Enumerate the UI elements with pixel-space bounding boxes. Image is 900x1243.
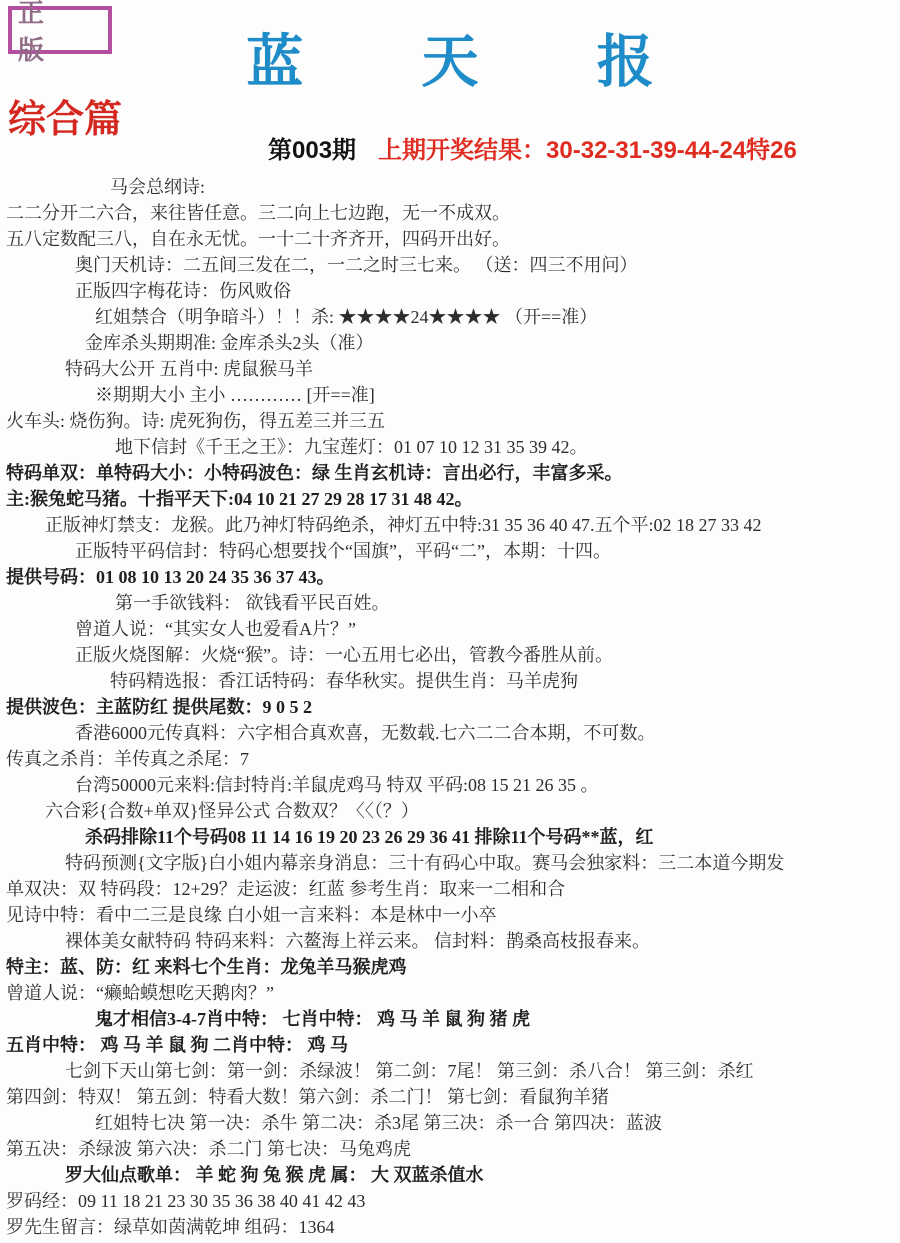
doc-line: 单双决：双 特码段：12+29？走运波：红蓝 参考生肖：取来一二相和合 — [0, 876, 900, 902]
doc-line: 鬼才相信3-4-7肖中特： 七肖中特： 鸡 马 羊 鼠 狗 猪 虎 — [0, 1006, 900, 1032]
doc-line: 见诗中特：看中二三是良缘 白小姐一言来料：本是林中一小卒 — [0, 902, 900, 928]
doc-line: 红姐禁合（明争暗斗）！！杀: ★★★★24★★★★ （开==准） — [0, 304, 900, 330]
doc-line: 特码预测{文字版}白小姐内幕亲身消息：三十有码心中取。赛马会独家料：三二本道今期… — [0, 850, 900, 876]
doc-line: 第一手欲钱料： 欲钱看平民百姓。 — [0, 590, 900, 616]
doc-line: 曾道人说：“癞蛤蟆想吃天鹅肉？” — [0, 980, 900, 1006]
doc-line: 马会总纲诗: — [0, 174, 900, 200]
doc-line: 特码精选报：香江话特码：春华秋实。提供生肖：马羊虎狗 — [0, 668, 900, 694]
doc-line: 正版神灯禁支：龙猴。此乃神灯特码绝杀，神灯五中特:31 35 36 40 47.… — [0, 512, 900, 538]
doc-line: 火车头: 烧伤狗。诗: 虎死狗伤，得五差三并三五 — [0, 408, 900, 434]
issue-row: 第003期上期开奖结果：30-32-31-39-44-24特26 — [268, 130, 797, 165]
doc-line: 罗大仙点歌单： 羊 蛇 狗 兔 猴 虎 属： 大 双蓝杀值水 — [0, 1162, 900, 1188]
last-draw-result: 上期开奖结果：30-32-31-39-44-24特26 — [378, 137, 797, 164]
doc-line: 主:猴兔蛇马猪。十指平天下:04 10 21 27 29 28 17 31 48… — [0, 486, 900, 512]
doc-line: 特码大公开 五肖中: 虎鼠猴马羊 — [0, 356, 900, 382]
doc-line: 香港6000元传真料：六字相合真欢喜，无数载.七六二二合本期，不可数。 — [0, 720, 900, 746]
doc-line: 曾道人说：“其实女人也爱看A片？” — [0, 616, 900, 642]
stamp-label: 正 版 — [18, 0, 108, 67]
doc-line: 台湾50000元来料:信封特肖:羊鼠虎鸡马 特双 平码:08 15 21 26 … — [0, 772, 900, 798]
doc-line: 特码单双：单特码大小：小特码波色：绿 生肖玄机诗：言出必行，丰富多采。 — [0, 460, 900, 486]
doc-line: 正版四字梅花诗：伤风败俗 — [0, 278, 900, 304]
doc-line: 红姐特七决 第一决：杀牛 第二决：杀3尾 第三决：杀一合 第四决：蓝波 — [0, 1110, 900, 1136]
doc-line: 地下信封《千王之王》：九宝莲灯：01 07 10 12 31 35 39 42。 — [0, 434, 900, 460]
doc-line: 罗码经：09 11 18 21 23 30 35 36 38 40 41 42 … — [0, 1188, 900, 1214]
doc-line: 罗先生留言：绿草如茵满乾坤 组码：1364 — [0, 1214, 900, 1240]
page-header: 正 版 蓝 天 报 综合篇 第003期上期开奖结果：30-32-31-39-44… — [0, 0, 900, 172]
doc-line: ※期期大小 主小 ………… [开==准] — [0, 382, 900, 408]
doc-line: 正版火烧图解：火烧“猴”。诗：一心五用七必出，管教今番胜从前。 — [0, 642, 900, 668]
doc-line: 五八定数配三八，自在永无忧。一十二十齐齐开，四码开出好。 — [0, 226, 900, 252]
doc-line: 六合彩{合数+单双}怪异公式 合数双？〈〈（？） — [0, 798, 900, 824]
doc-line: 裸体美女献特码 特码来料：六鳌海上祥云来。 信封料：鹊桑高枝报春来。 — [0, 928, 900, 954]
doc-line: 特主：蓝、防：红 来料七个生肖：龙兔羊马猴虎鸡 — [0, 954, 900, 980]
doc-line: 金库杀头期期准: 金库杀头2头（准） — [0, 330, 900, 356]
doc-line: 传真之杀肖：羊传真之杀尾：7 — [0, 746, 900, 772]
doc-line: 第五决：杀绿波 第六决：杀二门 第七决：马兔鸡虎 — [0, 1136, 900, 1162]
section-title: 综合篇 — [8, 88, 122, 143]
doc-line: 正版特平码信封：特码心想要找个“国旗”，平码“二”，本期：十四。 — [0, 538, 900, 564]
doc-line: 二二分开二六合，来往皆任意。三二向上七边跑，无一不成双。 — [0, 200, 900, 226]
doc-line: 七剑下天山第七剑：第一剑：杀绿波！ 第二剑：7尾！ 第三剑：杀八合！ 第三剑：杀… — [0, 1058, 900, 1084]
doc-line: 第四剑：特双！ 第五剑：特看大数！第六剑：杀二门！ 第七剑：看鼠狗羊猪 — [0, 1084, 900, 1110]
authentic-stamp: 正 版 — [8, 6, 112, 54]
document-body: 马会总纲诗: 二二分开二六合，来往皆任意。三二向上七边跑，无一不成双。 五八定数… — [0, 172, 900, 1240]
doc-line: 杀码排除11个号码08 11 14 16 19 20 23 26 29 36 4… — [0, 824, 900, 850]
doc-line: 提供波色：主蓝防红 提供尾数：9 0 5 2 — [0, 694, 900, 720]
doc-line: 提供号码：01 08 10 13 20 24 35 36 37 43。 — [0, 564, 900, 590]
doc-line: 五肖中特： 鸡 马 羊 鼠 狗 二肖中特： 鸡 马 — [0, 1032, 900, 1058]
doc-line: 奥门天机诗：二五间三发在二，一二之时三七来。 （送：四三不用问） — [0, 252, 900, 278]
page-title: 蓝 天 报 — [0, 0, 900, 98]
issue-number: 第003期 — [268, 137, 356, 164]
